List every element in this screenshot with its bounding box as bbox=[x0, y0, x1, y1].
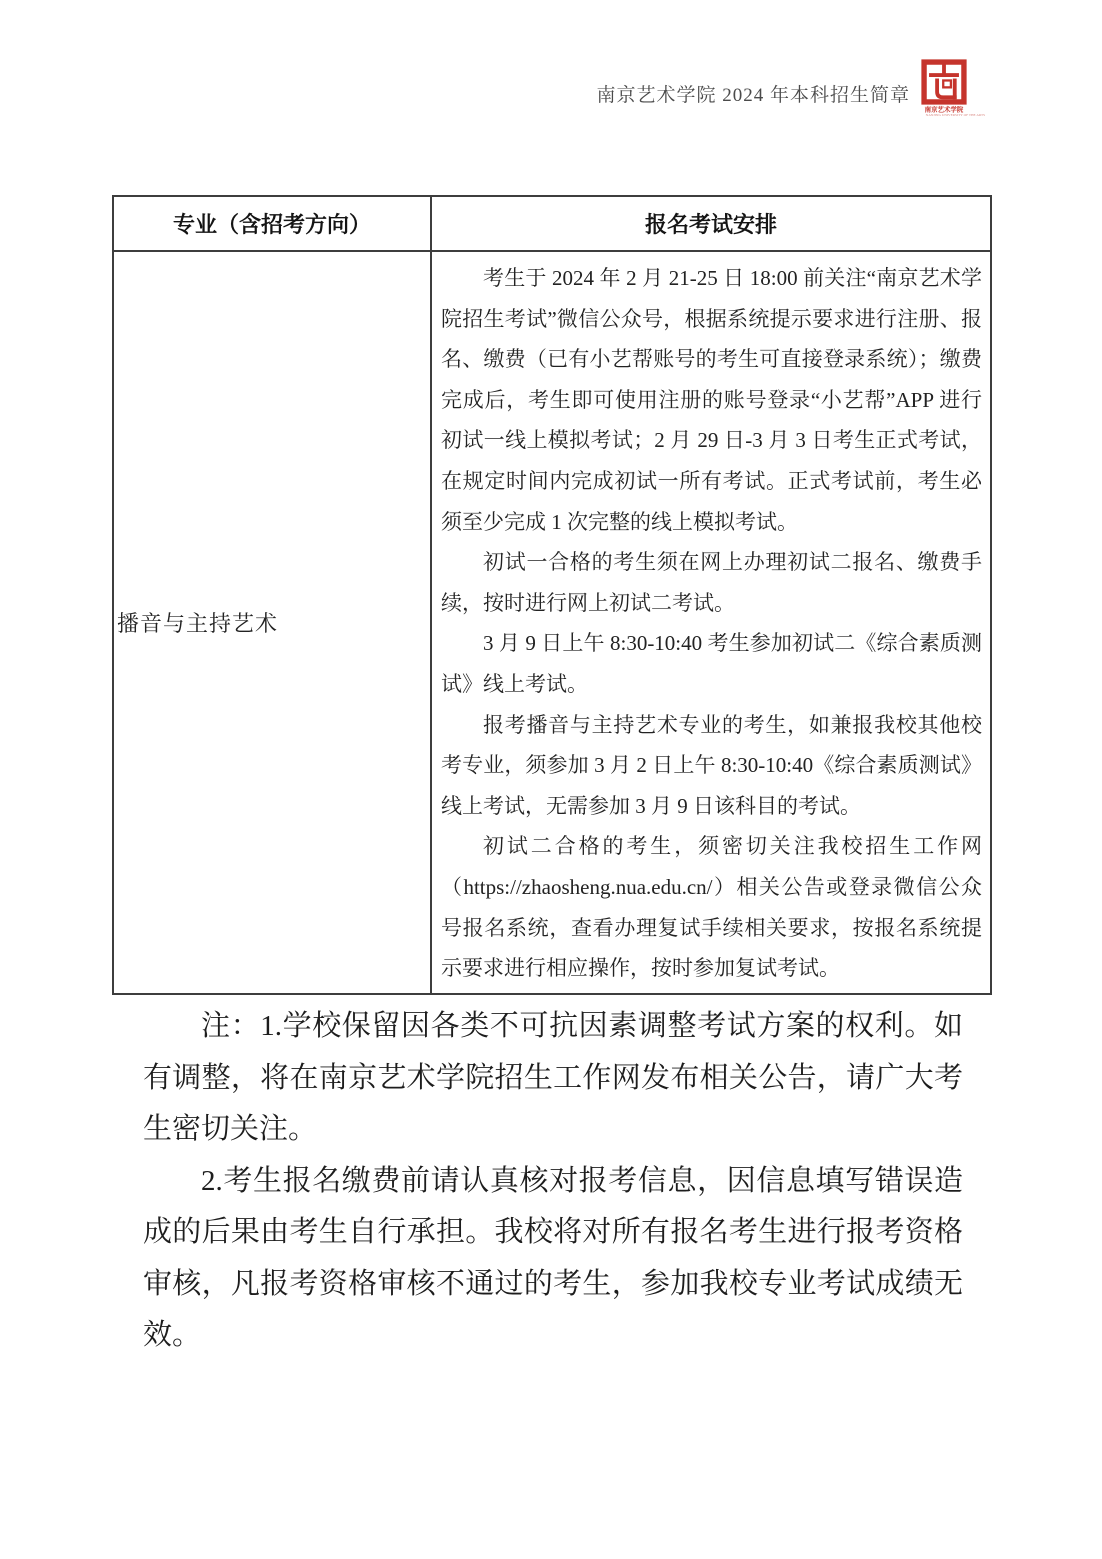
schedule-paragraph: 初试二合格的考生，须密切关注我校招生工作网（https://zhaosheng.… bbox=[441, 826, 982, 988]
schedule-cell: 考生于 2024 年 2 月 21-25 日 18:00 前关注“南京艺术学院招… bbox=[431, 251, 991, 994]
page-header-title: 南京艺术学院 2024 年本科招生简章 bbox=[596, 80, 910, 107]
note-paragraph: 注：1.学校保留因各类不可抗因素调整考试方案的权利。如有调整，将在南京艺术学院招… bbox=[143, 1001, 963, 1156]
table-header-row: 专业（含招考方向） 报名考试安排 bbox=[113, 196, 991, 251]
note-paragraph: 2.考生报名缴费前请认真核对报考信息，因信息填写错误造成的后果由考生自行承担。我… bbox=[143, 1156, 963, 1362]
major-name-cell: 播音与主持艺术 bbox=[113, 251, 431, 994]
exam-schedule-table: 专业（含招考方向） 报名考试安排 播音与主持艺术 考生于 2024 年 2 月 … bbox=[112, 195, 992, 995]
table-row: 播音与主持艺术 考生于 2024 年 2 月 21-25 日 18:00 前关注… bbox=[113, 251, 991, 994]
column-header-major: 专业（含招考方向） bbox=[113, 196, 431, 251]
logo-subcaption: NANJING UNIVERSITY OF THE ARTS bbox=[926, 114, 962, 118]
notes-section: 注：1.学校保留因各类不可抗因素调整考试方案的权利。如有调整，将在南京艺术学院招… bbox=[143, 1001, 963, 1362]
logo-caption: 南京艺术学院 bbox=[920, 107, 968, 113]
schedule-paragraph: 初试一合格的考生须在网上办理初试二报名、缴费手续，按时进行网上初试二考试。 bbox=[441, 542, 982, 623]
schedule-paragraph: 报考播音与主持艺术专业的考生，如兼报我校其他校考专业，须参加 3 月 2 日上午… bbox=[441, 705, 982, 827]
schedule-paragraph: 考生于 2024 年 2 月 21-25 日 18:00 前关注“南京艺术学院招… bbox=[441, 258, 982, 542]
schedule-paragraph: 3 月 9 日上午 8:30-10:40 考生参加初试二《综合素质测试》线上考试… bbox=[441, 623, 982, 704]
column-header-schedule: 报名考试安排 bbox=[431, 196, 991, 251]
university-logo: 南京艺术学院 NANJING UNIVERSITY OF THE ARTS bbox=[918, 59, 970, 119]
university-seal-icon bbox=[921, 59, 967, 105]
